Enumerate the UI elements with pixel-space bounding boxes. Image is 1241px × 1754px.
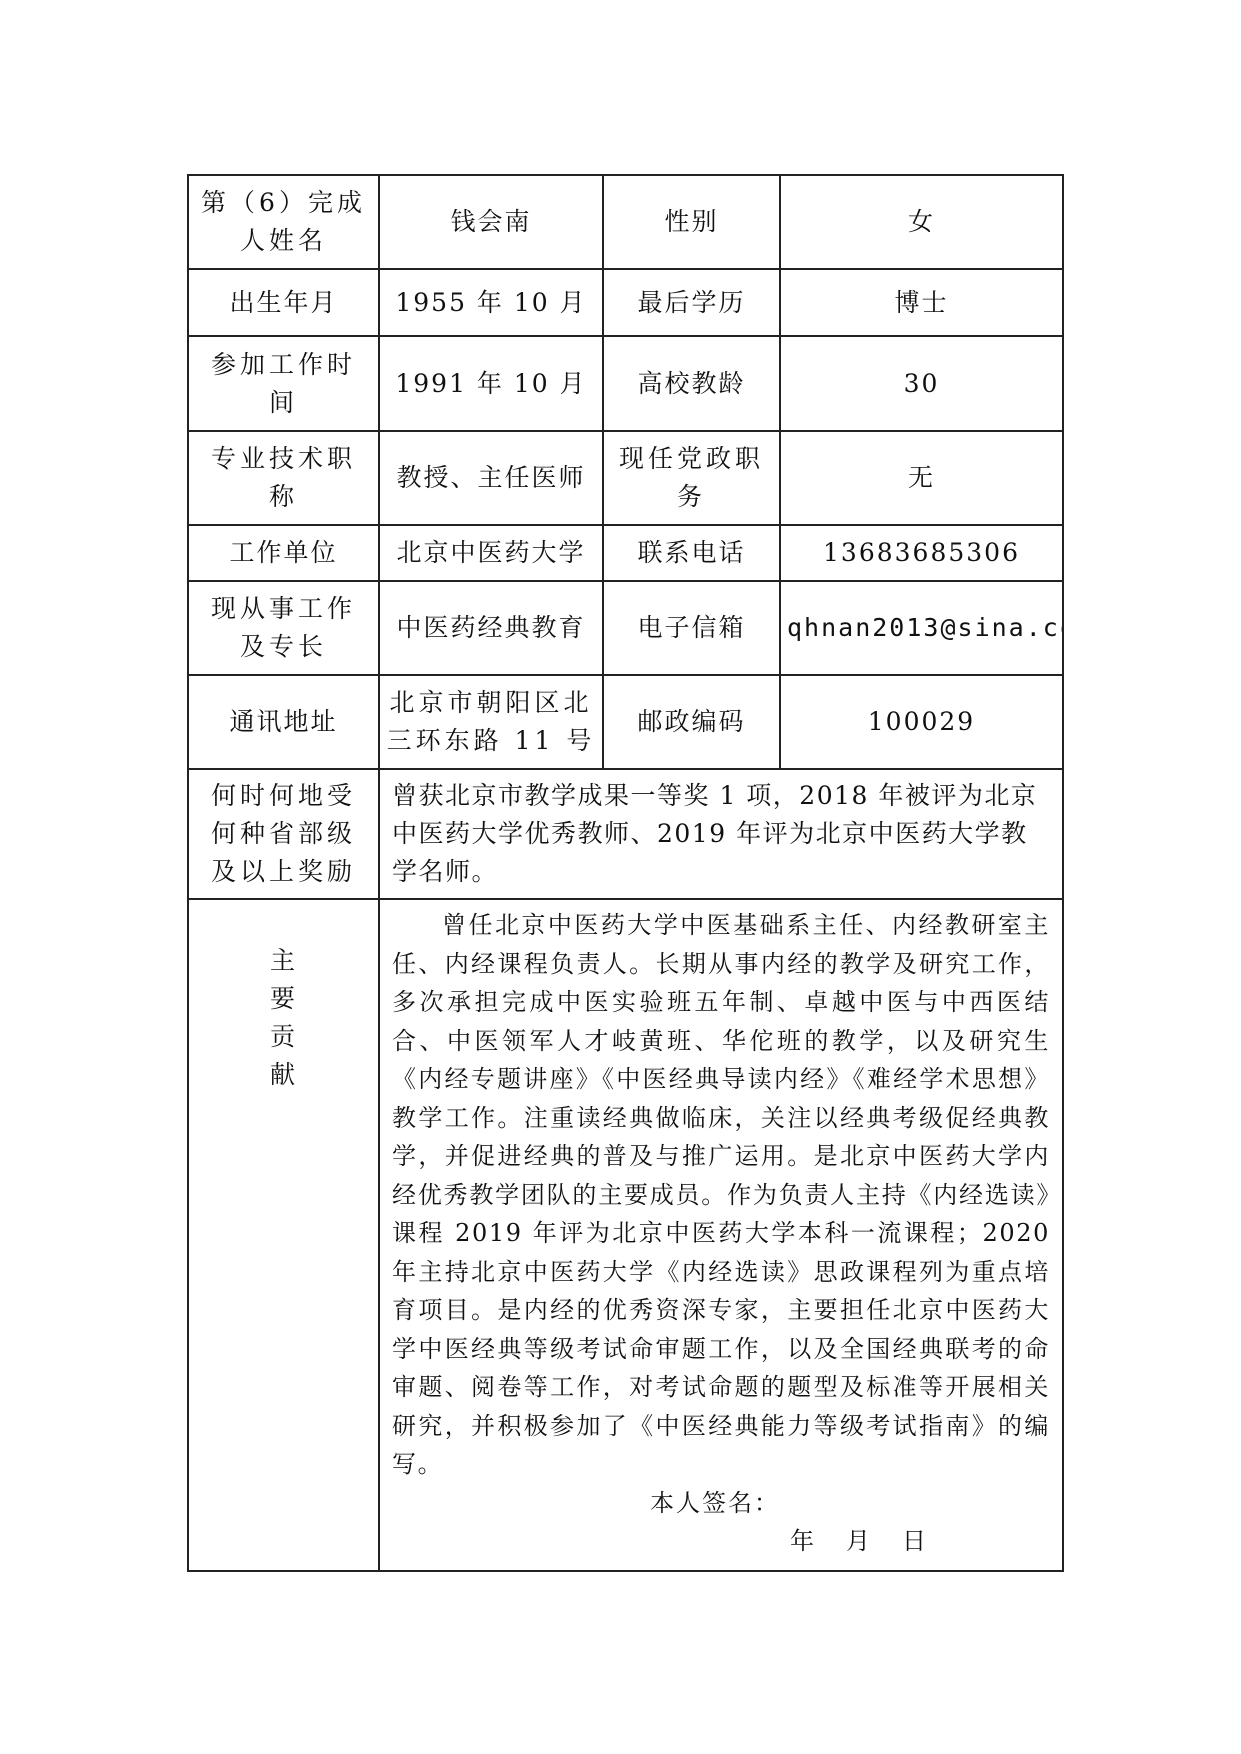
signature-label: 本人签名： — [392, 1484, 1050, 1522]
date-year: 年 — [790, 1522, 816, 1560]
label-gender: 性别 — [603, 175, 780, 269]
value-teaching-years: 30 — [780, 336, 1063, 431]
contribution-text: 曾任北京中医药大学中医基础系主任、内经教研室主任、内经课程负责人。长期从事内经的… — [392, 906, 1050, 1484]
label-birth-date: 出生年月 — [188, 269, 379, 336]
value-name: 钱会南 — [379, 175, 603, 269]
label-completer-name: 第（6）完成 人姓名 — [188, 175, 379, 269]
signature-date: 年月日 — [392, 1522, 1050, 1560]
row-contributions: 主 要 贡 献 曾任北京中医药大学中医基础系主任、内经教研室主任、内经课程负责人… — [188, 899, 1063, 1571]
row-work-start: 参加工作时 间 1991 年 10 月 高校教龄 30 — [188, 336, 1063, 431]
value-party-position: 无 — [780, 431, 1063, 525]
value-professional-title: 教授、主任医师 — [379, 431, 603, 525]
label-teaching-years: 高校教龄 — [603, 336, 780, 431]
row-address: 通讯地址 北京市朝阳区北 三环东路 11 号 邮政编码 100029 — [188, 675, 1063, 769]
value-address: 北京市朝阳区北 三环东路 11 号 — [379, 675, 603, 769]
label-employer: 工作单位 — [188, 525, 379, 581]
value-work-start: 1991 年 10 月 — [379, 336, 603, 431]
label-address: 通讯地址 — [188, 675, 379, 769]
label-work-start: 参加工作时 间 — [188, 336, 379, 431]
value-awards: 曾获北京市教学成果一等奖 1 项，2018 年被评为北京中医药大学优秀教师、20… — [379, 769, 1063, 899]
label-education: 最后学历 — [603, 269, 780, 336]
value-main-contributions: 曾任北京中医药大学中医基础系主任、内经教研室主任、内经课程负责人。长期从事内经的… — [379, 899, 1063, 1571]
label-party-position: 现任党政职 务 — [603, 431, 780, 525]
value-employer: 北京中医药大学 — [379, 525, 603, 581]
row-name: 第（6）完成 人姓名 钱会南 性别 女 — [188, 175, 1063, 269]
value-postcode: 100029 — [780, 675, 1063, 769]
value-birth-date: 1955 年 10 月 — [379, 269, 603, 336]
label-current-work: 现从事工作 及专长 — [188, 581, 379, 675]
label-professional-title: 专业技术职 称 — [188, 431, 379, 525]
value-education: 博士 — [780, 269, 1063, 336]
row-awards: 何时何地受 何种省部级 及以上奖励 曾获北京市教学成果一等奖 1 项，2018 … — [188, 769, 1063, 899]
row-specialty: 现从事工作 及专长 中医药经典教育 电子信箱 qhnan2013@sina.co… — [188, 581, 1063, 675]
date-day: 日 — [902, 1522, 928, 1560]
value-email: qhnan2013@sina.com — [780, 581, 1063, 675]
value-phone: 13683685306 — [780, 525, 1063, 581]
row-title: 专业技术职 称 教授、主任医师 现任党政职 务 无 — [188, 431, 1063, 525]
value-gender: 女 — [780, 175, 1063, 269]
label-email: 电子信箱 — [603, 581, 780, 675]
row-birth: 出生年月 1955 年 10 月 最后学历 博士 — [188, 269, 1063, 336]
document-page: 第（6）完成 人姓名 钱会南 性别 女 出生年月 1955 年 10 月 最后学… — [0, 0, 1241, 1754]
label-phone: 联系电话 — [603, 525, 780, 581]
label-main-contributions: 主 要 贡 献 — [188, 899, 379, 1571]
label-awards: 何时何地受 何种省部级 及以上奖励 — [188, 769, 379, 899]
row-employer: 工作单位 北京中医药大学 联系电话 13683685306 — [188, 525, 1063, 581]
personnel-form-table: 第（6）完成 人姓名 钱会南 性别 女 出生年月 1955 年 10 月 最后学… — [187, 174, 1064, 1572]
label-postcode: 邮政编码 — [603, 675, 780, 769]
value-current-work: 中医药经典教育 — [379, 581, 603, 675]
date-month: 月 — [846, 1522, 872, 1560]
